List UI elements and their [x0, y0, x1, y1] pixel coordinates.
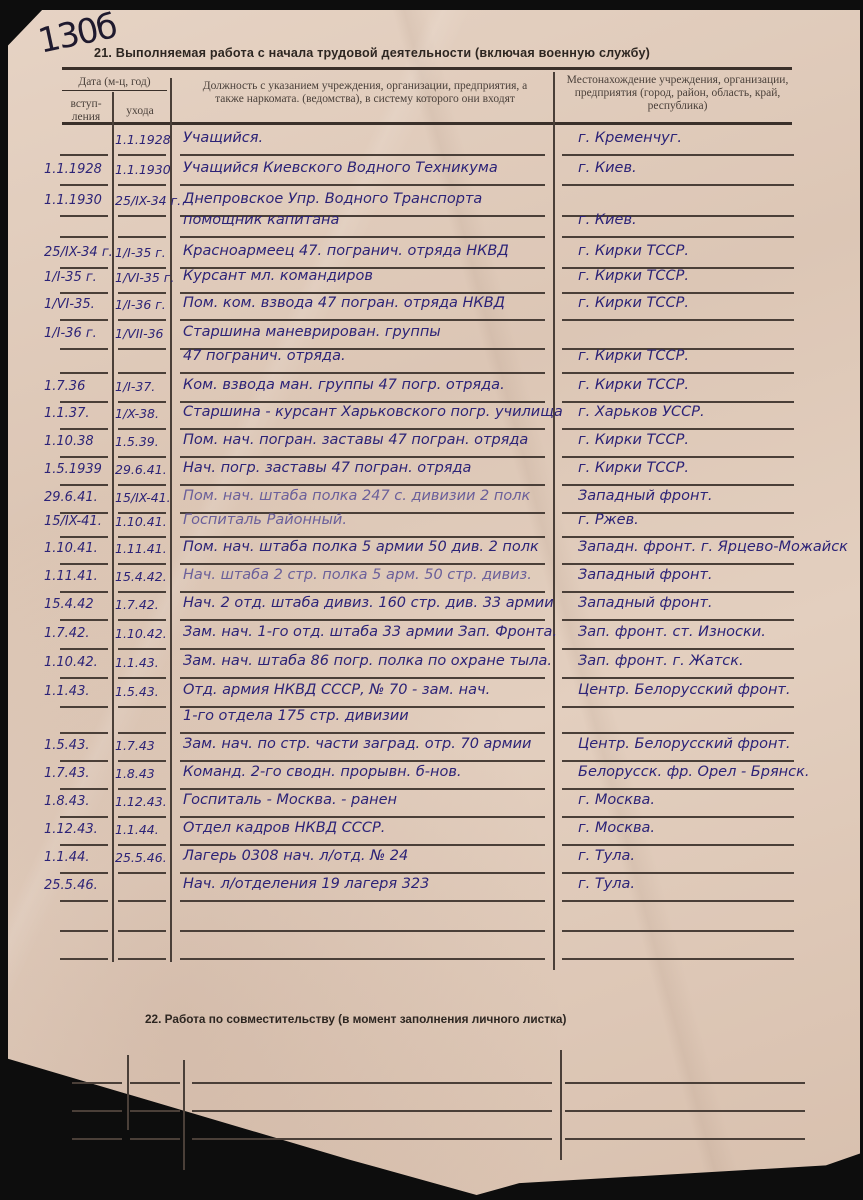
entry-location: г. Тула. — [578, 876, 635, 892]
header-date-group: Дата (м-ц, год) — [62, 76, 167, 89]
entry-location: Белорусск. фр. Орел - Брянск. — [578, 764, 809, 780]
row-rule-start — [60, 563, 108, 565]
entry-end-date: 25.5.46. — [115, 850, 167, 865]
row-rule-end — [118, 677, 166, 679]
row-rule-start — [60, 732, 108, 734]
entry-start-date: 1.1.43. — [44, 684, 89, 699]
header-end-date: ухода — [114, 105, 166, 118]
row-rule-position — [180, 319, 545, 321]
row-rule-end — [118, 872, 166, 874]
s22-row-rule — [192, 1082, 552, 1084]
row-rule-end — [118, 732, 166, 734]
row-rule-location — [562, 236, 794, 238]
s22-row-rule — [72, 1110, 122, 1112]
entry-location: г. Кирки ТССР. — [578, 377, 689, 393]
entry-position: Учащийся Киевского Водного Техникума — [183, 160, 498, 176]
entry-position: Пом. ком. взвода 47 погран. отряда НКВД — [183, 295, 505, 311]
entry-position: Отд. армия НКВД СССР, № 70 - зам. нач. — [183, 682, 490, 698]
entry-start-date: 1.10.42. — [44, 655, 98, 670]
entry-location: г. Кирки ТССР. — [578, 268, 689, 284]
entry-end-date: 1/I-36 г. — [115, 297, 166, 312]
row-rule-position — [180, 816, 545, 818]
entry-start-date: 1.12.43. — [44, 822, 98, 837]
entry-end-date: 15.4.42. — [115, 569, 167, 584]
entry-position: Отдел кадров НКВД СССР. — [183, 820, 385, 836]
row-rule-start — [60, 872, 108, 874]
entry-start-date: 1.10.41. — [44, 541, 98, 556]
row-rule-location — [562, 900, 794, 902]
entry-start-date: 25.5.46. — [44, 878, 98, 893]
row-rule-position — [180, 236, 545, 238]
row-rule-location — [562, 844, 794, 846]
row-rule-location — [562, 319, 794, 321]
s22-row-rule — [130, 1138, 180, 1140]
entry-location: Центр. Белорусский фронт. — [578, 682, 791, 698]
header-position: Должность с указанием учреждения, органи… — [190, 80, 540, 106]
row-rule-end — [118, 267, 166, 269]
row-rule-position — [180, 428, 545, 430]
entry-position: Нач. погр. заставы 47 погран. отряда — [183, 460, 471, 476]
entry-end-date: 29.6.41. — [115, 462, 167, 477]
entry-position: Лагерь 0308 нач. л/отд. № 24 — [183, 848, 408, 864]
entry-location: Западный фронт. — [578, 595, 713, 611]
entry-position: Ком. взвода ман. группы 47 погр. отряда. — [183, 377, 505, 393]
entry-end-date: 1.12.43. — [115, 794, 167, 809]
row-rule-end — [118, 816, 166, 818]
entry-start-date: 1.5.1939 — [44, 462, 102, 477]
entry-start-date: 1.8.43. — [44, 794, 89, 809]
s22-row-rule — [565, 1082, 805, 1084]
entry-end-date: 1.1.1930 — [115, 162, 171, 177]
s22-row-rule — [72, 1082, 122, 1084]
row-rule-location — [562, 619, 794, 621]
row-rule-start — [60, 372, 108, 374]
row-rule-location — [562, 563, 794, 565]
row-rule-location — [562, 372, 794, 374]
row-rule-start — [60, 154, 108, 156]
row-rule-location — [562, 788, 794, 790]
row-rule-start — [60, 348, 108, 350]
entry-location: Западный фронт. — [578, 488, 713, 504]
row-rule-position — [180, 900, 545, 902]
entry-end-date: 1.7.43 — [115, 738, 155, 753]
s22-row-rule — [72, 1138, 122, 1140]
row-rule-location — [562, 706, 794, 708]
entry-start-date: 1.10.38 — [44, 434, 94, 449]
entry-start-date: 15.4.42 — [44, 597, 94, 612]
entry-position: Днепровское Упр. Водного Транспорта — [183, 191, 482, 207]
entry-position: Нач. л/отделения 19 лагеря 323 — [183, 876, 429, 892]
entry-position: Нач. 2 отд. штаба дивиз. 160 стр. див. 3… — [183, 595, 554, 611]
entry-start-date: 1/I-36 г. — [44, 326, 97, 341]
entry-location: Зап. фронт. ст. Износки. — [578, 624, 766, 640]
entry-location: г. Кирки ТССР. — [578, 460, 689, 476]
row-rule-position — [180, 677, 545, 679]
row-rule-location — [562, 401, 794, 403]
row-rule-start — [60, 215, 108, 217]
row-rule-end — [118, 844, 166, 846]
entry-end-date: 1.7.42. — [115, 597, 159, 612]
row-rule-start — [60, 484, 108, 486]
entry-end-date: 1/VII-36 — [115, 326, 164, 341]
row-rule-end — [118, 372, 166, 374]
entry-start-date: 1.7.43. — [44, 766, 89, 781]
row-rule-start — [60, 930, 108, 932]
entry-location: г. Кирки ТССР. — [578, 243, 689, 259]
row-rule-location — [562, 484, 794, 486]
entry-start-date: 29.6.41. — [44, 490, 98, 505]
row-rule-location — [562, 677, 794, 679]
row-rule-start — [60, 788, 108, 790]
row-rule-position — [180, 872, 545, 874]
entry-position: Курсант мл. командиров — [183, 268, 373, 284]
row-rule-end — [118, 930, 166, 932]
entry-location: г. Кременчуг. — [578, 130, 682, 146]
row-rule-start — [60, 236, 108, 238]
row-rule-end — [118, 428, 166, 430]
row-rule-end — [118, 760, 166, 762]
entry-end-date: 1.1.43. — [115, 655, 159, 670]
section-22-title: 22. Работа по совместительству (в момент… — [145, 1012, 566, 1026]
row-rule-start — [60, 428, 108, 430]
row-rule-end — [118, 958, 166, 960]
entry-start-date: 1.1.37. — [44, 406, 89, 421]
entry-position: Зам. нач. по стр. части заград. отр. 70 … — [183, 736, 531, 752]
row-rule-location — [562, 930, 794, 932]
entry-location: г. Москва. — [578, 792, 655, 808]
row-rule-position — [180, 154, 545, 156]
entry-location: г. Ржев. — [578, 512, 639, 528]
row-rule-start — [60, 267, 108, 269]
entry-location: г. Киев. — [578, 212, 637, 228]
s22-row-rule — [565, 1138, 805, 1140]
header-start-date: вступ-ления — [58, 98, 114, 124]
entry-location: Западный фронт. — [578, 567, 713, 583]
entry-position: Старшина маневрирован. группы — [183, 324, 441, 340]
row-rule-position — [180, 760, 545, 762]
s22-row-rule — [130, 1110, 180, 1112]
row-rule-end — [118, 563, 166, 565]
row-rule-position — [180, 930, 545, 932]
row-rule-position — [180, 536, 545, 538]
row-rule-start — [60, 706, 108, 708]
entry-start-date: 1.7.42. — [44, 626, 89, 641]
row-rule-end — [118, 348, 166, 350]
row-rule-position — [180, 401, 545, 403]
row-rule-start — [60, 677, 108, 679]
row-rule-end — [118, 154, 166, 156]
row-rule-start — [60, 184, 108, 186]
entry-end-date: 1/I-37. — [115, 379, 155, 394]
entry-end-date: 1/VI-35 г. — [115, 270, 174, 285]
row-rule-end — [118, 706, 166, 708]
entry-end-date: 1.1.1928 — [115, 132, 171, 147]
row-rule-location — [562, 456, 794, 458]
row-rule-location — [562, 428, 794, 430]
entry-end-date: 1.1.44. — [115, 822, 159, 837]
entry-position: Красноармеец 47. погранич. отряда НКВД — [183, 243, 509, 259]
row-rule-location — [562, 648, 794, 650]
row-rule-start — [60, 648, 108, 650]
row-rule-end — [118, 215, 166, 217]
entry-start-date: 1.1.44. — [44, 850, 89, 865]
entry-end-date: 1.10.42. — [115, 626, 167, 641]
column-divider-dates — [112, 92, 114, 962]
entry-location: Зап. фронт. г. Жатск. — [578, 653, 744, 669]
entry-end-date: 1.5.39. — [115, 434, 159, 449]
entry-location: г. Кирки ТССР. — [578, 295, 689, 311]
row-rule-end — [118, 184, 166, 186]
row-rule-position — [180, 184, 545, 186]
entry-position: Нач. штаба 2 стр. полка 5 арм. 50 стр. д… — [183, 567, 532, 583]
row-rule-position — [180, 292, 545, 294]
entry-position: 47 погранич. отряда. — [183, 348, 346, 364]
entry-start-date: 1.7.36 — [44, 379, 85, 394]
row-rule-start — [60, 536, 108, 538]
entry-location: Центр. Белорусский фронт. — [578, 736, 791, 752]
entry-start-date: 1.11.41. — [44, 569, 98, 584]
entry-start-date: 15/IX-41. — [44, 514, 102, 529]
entry-end-date: 1.10.41. — [115, 514, 167, 529]
entry-location: Западн. фронт. г. Ярцево-Можайск — [578, 539, 848, 555]
entry-start-date: 1/I-35 г. — [44, 270, 97, 285]
entry-location: г. Харьков УССР. — [578, 404, 705, 420]
row-rule-start — [60, 760, 108, 762]
row-rule-position — [180, 619, 545, 621]
s22-row-rule — [130, 1082, 180, 1084]
row-rule-end — [118, 900, 166, 902]
row-rule-location — [562, 292, 794, 294]
row-rule-location — [562, 958, 794, 960]
row-rule-end — [118, 591, 166, 593]
row-rule-location — [562, 872, 794, 874]
row-rule-location — [562, 154, 794, 156]
row-rule-start — [60, 816, 108, 818]
s22-column-divider-position — [183, 1060, 185, 1170]
row-rule-position — [180, 456, 545, 458]
entry-position: Пом. нач. штаба полка 247 с. дивизии 2 п… — [183, 488, 530, 504]
entry-position: Пом. нач. штаба полка 5 армии 50 див. 2 … — [183, 539, 539, 555]
row-rule-location — [562, 536, 794, 538]
entry-end-date: 1.11.41. — [115, 541, 167, 556]
row-rule-location — [562, 732, 794, 734]
row-rule-end — [118, 456, 166, 458]
entry-location: г. Москва. — [578, 820, 655, 836]
entry-position: Старшина - курсант Харьковского погр. уч… — [183, 404, 563, 420]
row-rule-start — [60, 456, 108, 458]
column-divider-location — [553, 72, 555, 970]
row-rule-position — [180, 484, 545, 486]
row-rule-end — [118, 648, 166, 650]
row-rule-location — [562, 591, 794, 593]
s22-row-rule — [565, 1110, 805, 1112]
row-rule-position — [180, 788, 545, 790]
entry-location: г. Тула. — [578, 848, 635, 864]
row-rule-end — [118, 236, 166, 238]
entry-position: помощник капитана — [183, 212, 339, 228]
entry-position: Команд. 2-го сводн. прорывн. б-нов. — [183, 764, 462, 780]
row-rule-start — [60, 401, 108, 403]
row-rule-end — [118, 401, 166, 403]
entry-start-date: 1.1.1930 — [44, 193, 102, 208]
row-rule-start — [60, 319, 108, 321]
entry-end-date: 1.5.43. — [115, 684, 159, 699]
row-rule-end — [118, 319, 166, 321]
entry-end-date: 1.8.43 — [115, 766, 155, 781]
entry-position: Зам. нач. штаба 86 погр. полка по охране… — [183, 653, 552, 669]
row-rule-position — [180, 563, 545, 565]
entry-end-date: 25/IX-34 г. — [115, 193, 181, 208]
s22-column-divider-dates — [127, 1055, 129, 1130]
column-divider-position — [170, 78, 172, 962]
row-rule-end — [118, 484, 166, 486]
row-rule-end — [118, 292, 166, 294]
row-rule-position — [180, 591, 545, 593]
row-rule-position — [180, 372, 545, 374]
entry-position: Госпиталь Районный. — [183, 512, 347, 528]
row-rule-position — [180, 958, 545, 960]
entry-location: г. Кирки ТССР. — [578, 432, 689, 448]
entry-position: Госпиталь - Москва. - ранен — [183, 792, 397, 808]
entry-start-date: 25/IX-34 г. — [44, 245, 113, 260]
entry-end-date: 1/X-38. — [115, 406, 159, 421]
row-rule-start — [60, 591, 108, 593]
entry-position: 1-го отдела 175 стр. дивизии — [183, 708, 409, 724]
row-rule-end — [118, 619, 166, 621]
row-rule-position — [180, 844, 545, 846]
row-rule-start — [60, 619, 108, 621]
row-rule-end — [118, 788, 166, 790]
row-rule-start — [60, 958, 108, 960]
entry-position: Учащийся. — [183, 130, 263, 146]
row-rule-location — [562, 184, 794, 186]
entry-start-date: 1/VI-35. — [44, 297, 95, 312]
row-rule-start — [60, 900, 108, 902]
s22-row-rule — [192, 1110, 552, 1112]
entry-end-date: 1/I-35 г. — [115, 245, 166, 260]
row-rule-location — [562, 760, 794, 762]
row-rule-end — [118, 536, 166, 538]
entry-location: г. Кирки ТССР. — [578, 348, 689, 364]
row-rule-start — [60, 844, 108, 846]
entry-end-date: 15/IX-41. — [115, 490, 171, 505]
header-location: Местонахождение учреждения, организации,… — [565, 74, 790, 113]
row-rule-position — [180, 648, 545, 650]
section-21-title: 21. Выполняемая работа с начала трудовой… — [94, 46, 650, 60]
entry-start-date: 1.5.43. — [44, 738, 89, 753]
s22-row-rule — [192, 1138, 552, 1140]
row-rule-location — [562, 816, 794, 818]
header-top-rule — [62, 67, 792, 70]
row-rule-start — [60, 292, 108, 294]
header-bottom-rule — [62, 122, 792, 125]
row-rule-position — [180, 732, 545, 734]
entry-start-date: 1.1.1928 — [44, 162, 102, 177]
s22-column-divider-location — [560, 1050, 562, 1160]
entry-position: Зам. нач. 1-го отд. штаба 33 армии Зап. … — [183, 624, 557, 640]
entry-position: Пом. нач. погран. заставы 47 погран. отр… — [183, 432, 528, 448]
entry-location: г. Киев. — [578, 160, 637, 176]
date-group-underline — [62, 90, 167, 91]
